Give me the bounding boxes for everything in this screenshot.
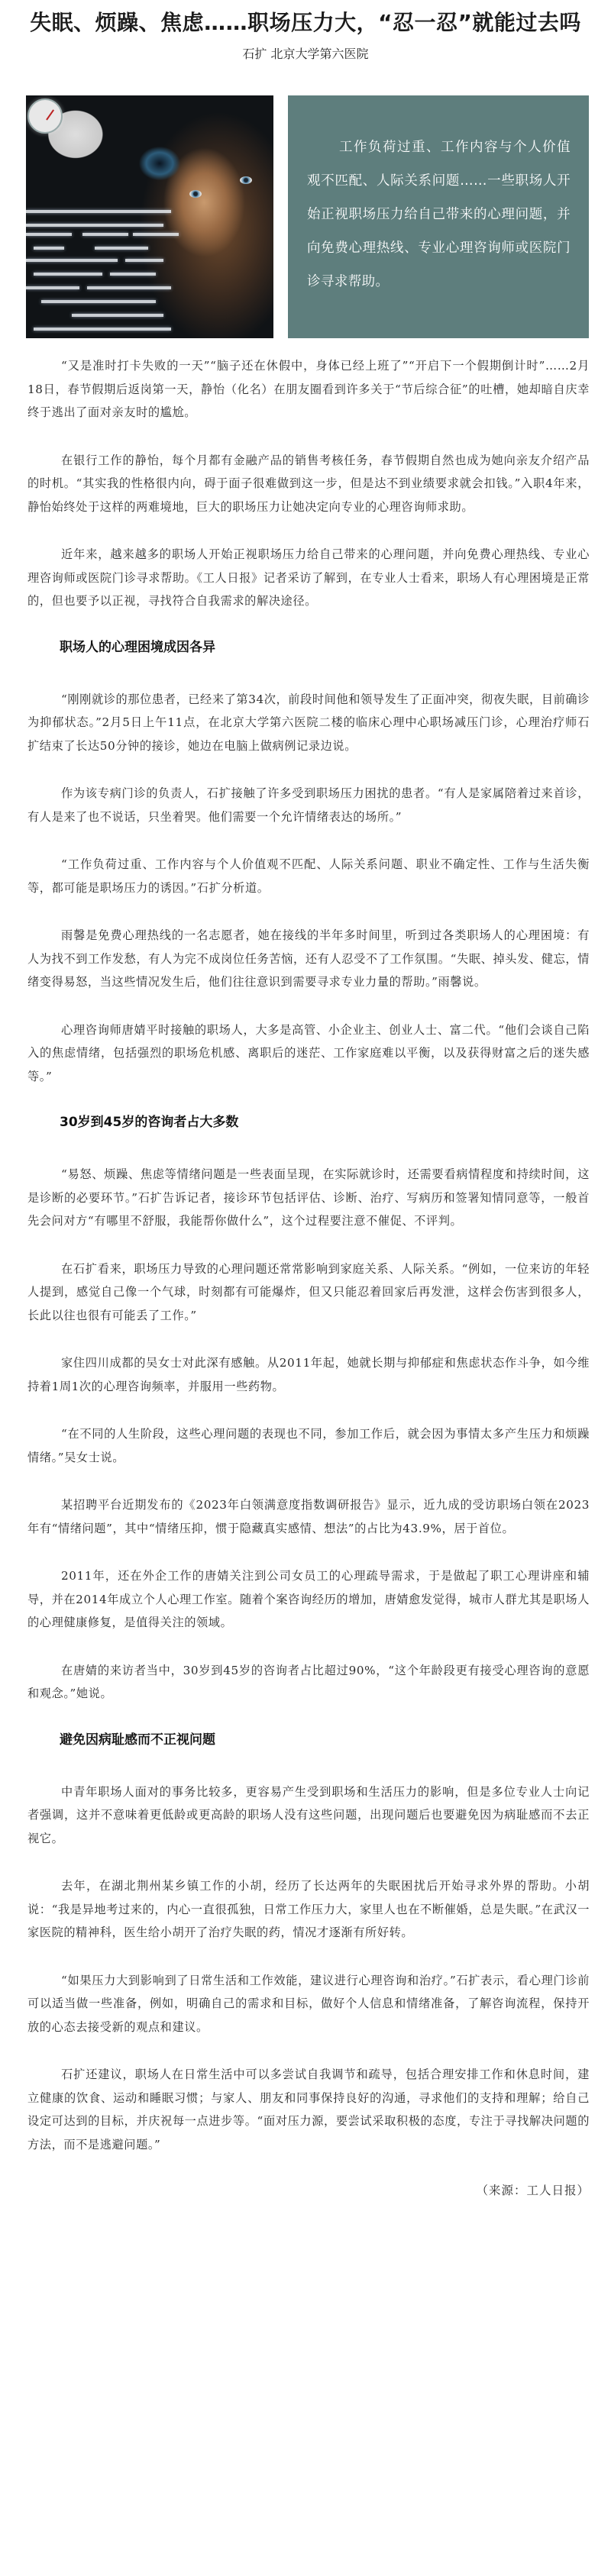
paragraph: 家住四川成都的吴女士对此深有感触。从2011年起，她就长期与抑郁症和焦虑状态作斗… [27, 1351, 590, 1398]
paragraph: 中青年职场人面对的事务比较多，更容易产生受到职场和生活压力的影响，但是多位专业人… [27, 1780, 590, 1851]
paragraph: 石扩还建议，职场人在日常生活中可以多尝试自我调节和疏导，包括合理安排工作和休息时… [27, 2063, 590, 2156]
paragraph: “工作负荷过重、工作内容与个人价值观不匹配、人际关系问题、职业不确定性、工作与生… [27, 853, 590, 899]
article-source: （来源：工人日报） [27, 2181, 590, 2200]
paragraph: 作为该专病门诊的负责人，石扩接触了许多受到职场压力困扰的患者。“有人是家属陪着过… [27, 782, 590, 828]
hero-image [26, 95, 273, 338]
paragraph: “在不同的人生阶段，这些心理问题的表现也不同，参加工作后，就会因为事情太多产生压… [27, 1422, 590, 1469]
section-heading: 职场人的心理困境成因各异 [27, 638, 590, 657]
section-heading: 30岁到45岁的咨询者占大多数 [27, 1112, 590, 1132]
paragraph: 在银行工作的静怡，每个月都有金融产品的销售考核任务，春节假期自然也成为她向亲友介… [27, 449, 590, 519]
paragraph: “易怒、烦躁、焦虑等情绪问题是一些表面呈现，在实际就诊时，还需要看病情程度和持续… [27, 1163, 590, 1233]
paragraph: 心理咨询师唐婧平时接触的职场人，大多是高管、小企业主、创业人士、富二代。“他们会… [27, 1018, 590, 1089]
paragraph: 2011年，还在外企工作的唐婧关注到公司女员工的心理疏导需求，于是做起了职工心理… [27, 1564, 590, 1635]
article-body: “又是准时打卡失败的一天”“脑子还在休假中，身体已经上班了”“开启下一个假期倒计… [27, 354, 590, 2200]
paragraph: 近年来，越来越多的职场人开始正视职场压力给自己带来的心理问题，并向免费心理热线、… [27, 543, 590, 613]
paragraph: 在石扩看来，职场压力导致的心理问题还常常影响到家庭关系、人际关系。“例如，一位来… [27, 1257, 590, 1328]
article-page: 失眠、烦躁、焦虑……职场压力大，“忍一忍”就能过去吗 石扩 北京大学第六医院 工… [0, 0, 611, 2576]
paragraph: 雨馨是免费心理热线的一名志愿者，她在接线的半年多时间里，听到过各类职场人的心理困… [27, 924, 590, 994]
paragraph: “如果压力大到影响到了日常生活和工作效能，建议进行心理咨询和治疗。”石扩表示，看… [27, 1969, 590, 2039]
clock-illustration [27, 98, 63, 134]
paragraph: “又是准时打卡失败的一天”“脑子还在休假中，身体已经上班了”“开启下一个假期倒计… [27, 354, 590, 424]
article-title: 失眠、烦躁、焦虑……职场压力大，“忍一忍”就能过去吗 [0, 8, 611, 38]
summary-box: 工作负荷过重、工作内容与个人价值观不匹配、人际关系问题……一些职场人开始正视职场… [288, 95, 589, 338]
article-byline: 石扩 北京大学第六医院 [0, 46, 611, 63]
paragraph: 某招聘平台近期发布的《2023年白领满意度指数调研报告》显示，近九成的受访职场白… [27, 1493, 590, 1540]
eye-illustration [240, 176, 252, 184]
section-heading: 避免因病耻感而不正视问题 [27, 1730, 590, 1750]
data-bars-illustration [26, 210, 186, 338]
paragraph: “刚刚就诊的那位患者，已经来了第34次，前段时间他和领导发生了正面冲突，彻夜失眠… [27, 688, 590, 758]
paragraph: 在唐婧的来访者当中，30岁到45岁的咨询者占比超过90%，“这个年龄段更有接受心… [27, 1659, 590, 1706]
eye-illustration [189, 190, 202, 198]
paragraph: 去年，在湖北荆州某乡镇工作的小胡，经历了长达两年的失眠困扰后开始寻求外界的帮助。… [27, 1874, 590, 1945]
